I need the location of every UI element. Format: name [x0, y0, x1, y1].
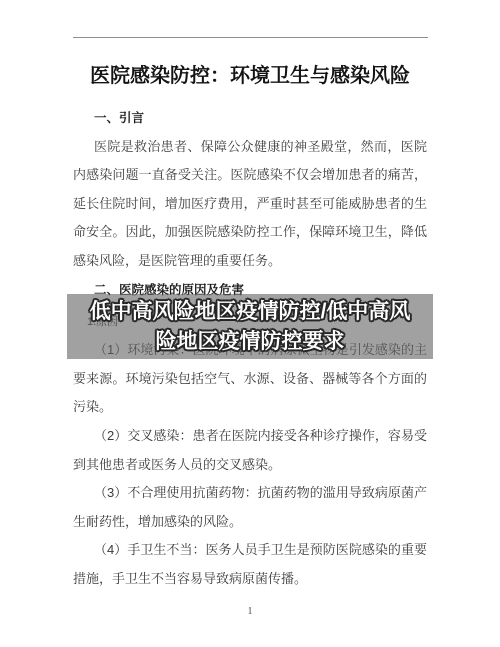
- cause-item-3: （3）不合理使用抗菌药物：抗菌药物的滥用导致病原菌产生耐药性，增加感染的风险。: [73, 479, 427, 536]
- page-title: 医院感染防控：环境卫生与感染风险: [0, 63, 500, 89]
- cause-item-4: （4）手卫生不当：医务人员手卫生是预防医院感染的重要措施，手卫生不当容易导致病原…: [73, 536, 427, 593]
- intro-paragraph: 医院是救治患者、保障公众健康的神圣殿堂，然而，医院内感染问题一直备受关注。医院感…: [73, 133, 427, 276]
- section-heading-intro: 一、引言: [73, 104, 427, 133]
- document-page: 医院感染防控：环境卫生与感染风险 一、引言 医院是救治患者、保障公众健康的神圣殿…: [0, 0, 500, 647]
- watermark-line-2: 险地区疫情防控要求: [156, 327, 345, 357]
- watermark-line-1: 低中高风险地区疫情防控/低中高风: [90, 297, 411, 327]
- cause-item-2: （2）交叉感染：患者在医院内接受各种诊疗操作，容易受到其他患者或医务人员的交叉感…: [73, 422, 427, 479]
- header-rule: [73, 37, 428, 38]
- page-number: 1: [0, 606, 500, 617]
- watermark-overlay: 低中高风险地区疫情防控/低中高风 险地区疫情防控要求: [67, 294, 433, 359]
